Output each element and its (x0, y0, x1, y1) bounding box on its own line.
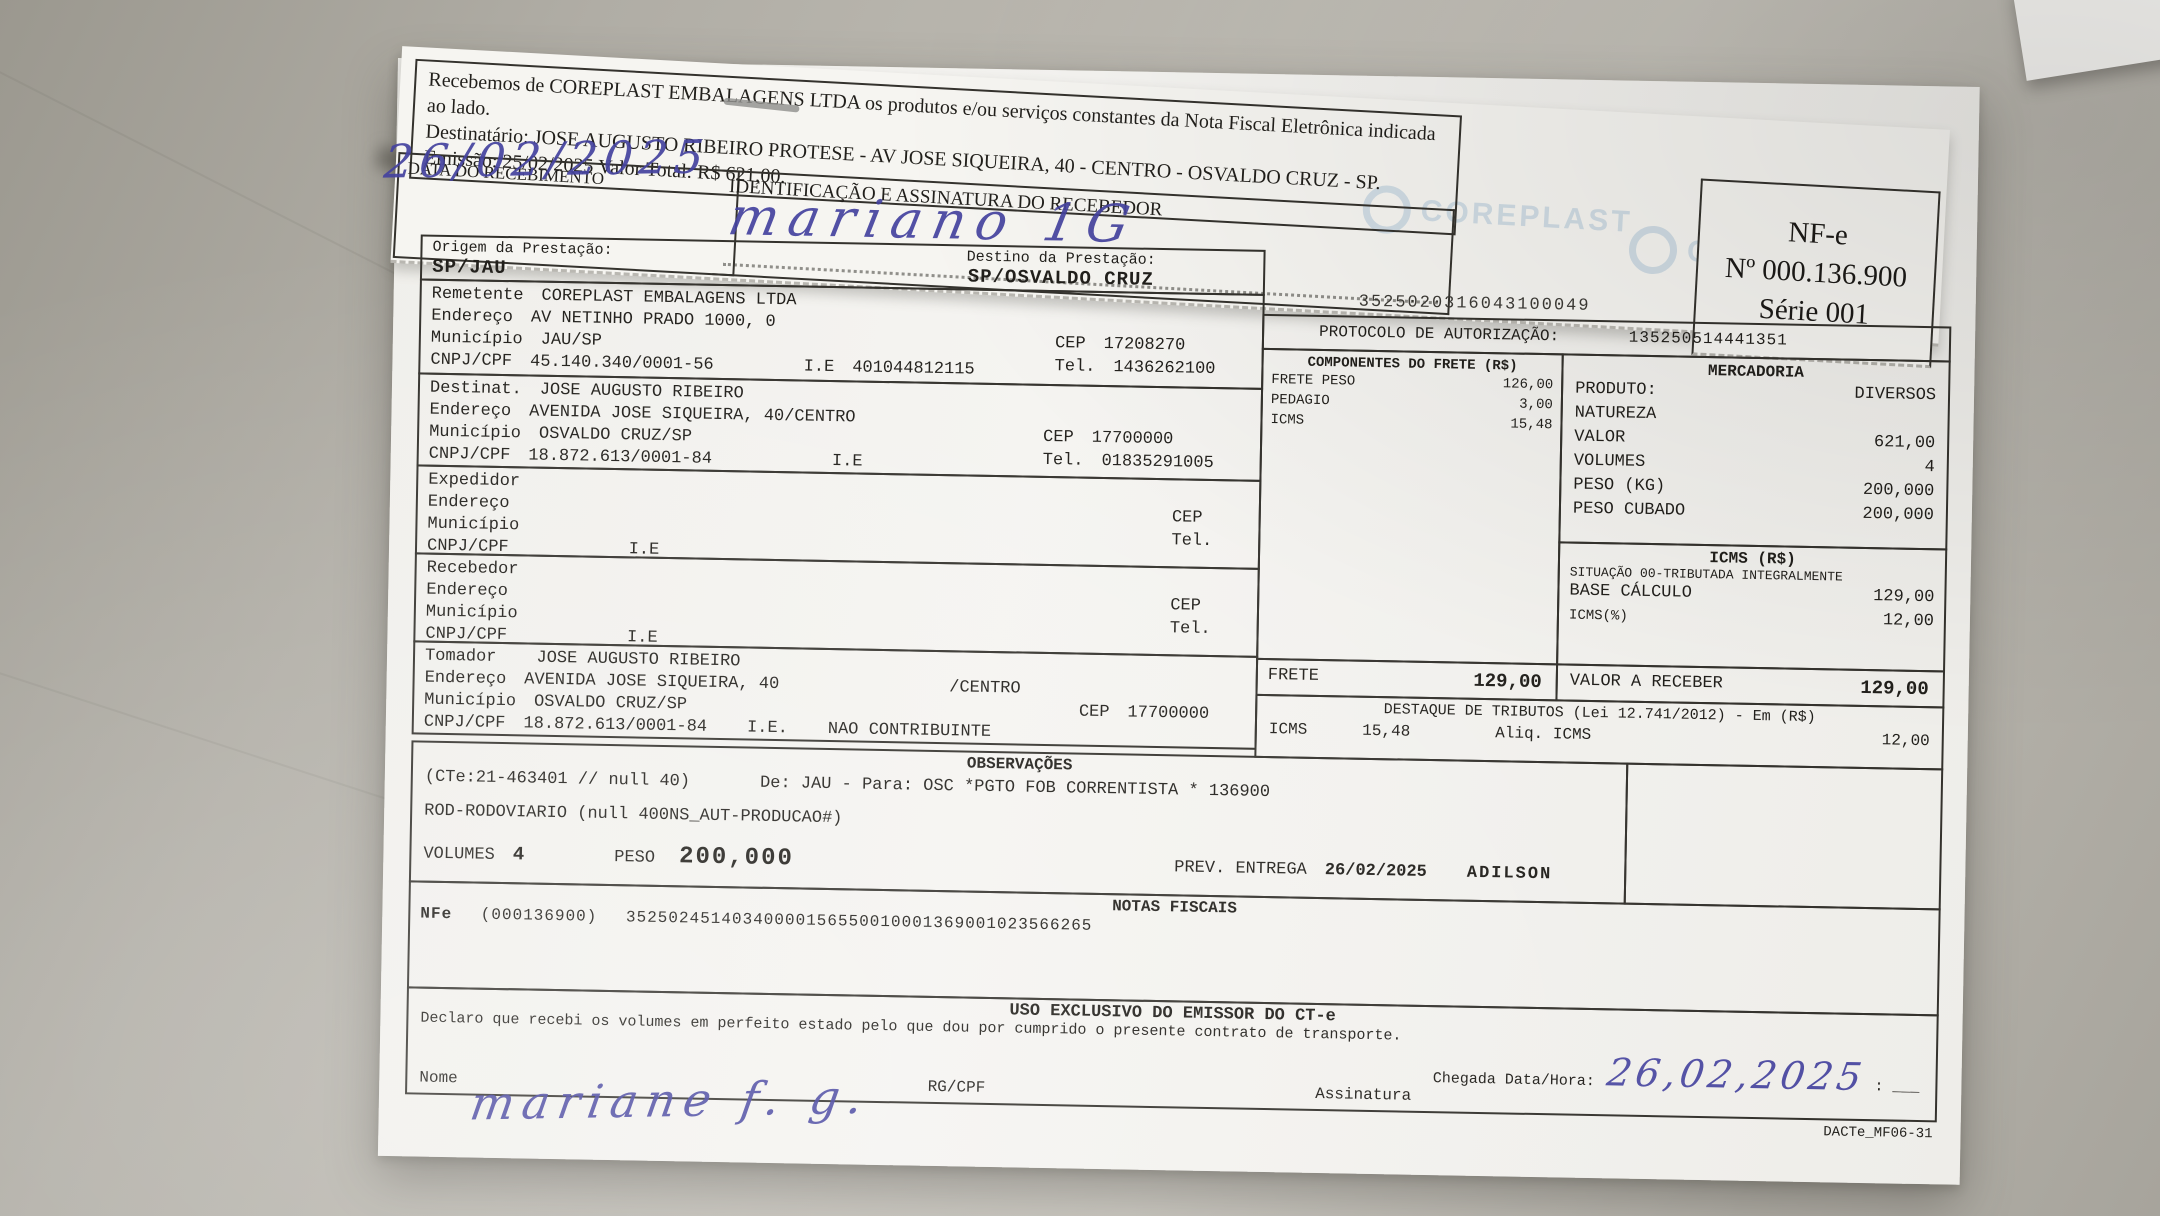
cnpj-label: CNPJ/CPF (430, 351, 512, 371)
frete-label: FRETE (1267, 666, 1319, 695)
nome-label: Nome (419, 1069, 458, 1088)
tomador-ie: NAO CONTRIBUINTE (828, 719, 992, 744)
tomador-endereco: AVENIDA JOSE SIQUEIRA, 40 (524, 670, 779, 694)
remetente-cep-tel: CEP17208270 Tel.1436262100 (1054, 332, 1216, 381)
destaque-aliq-label: Aliq. ICMS (1495, 720, 1591, 748)
tomador-bairro: /CENTRO (949, 677, 1021, 700)
mercadoria-box: MERCADORIA PRODUTO:DIVERSOS NATUREZA VAL… (1558, 353, 1950, 550)
frete-peso-valor: 126,00 (1503, 374, 1554, 395)
valor-valor: 621,00 (1874, 431, 1936, 456)
cnpj-label: CNPJ/CPF (424, 713, 506, 733)
icms-pct-label: ICMS(%) (1569, 604, 1628, 629)
remetente-endereco: AV NETINHO PRADO 1000, 0 (531, 308, 776, 331)
valor-receber-label: VALOR A RECEBER (1569, 672, 1723, 703)
endereco-label: Endereço (429, 401, 511, 421)
cep-label: CEP (1170, 594, 1211, 618)
valor-label: VALOR (1574, 426, 1625, 451)
peso-cubado-label: PESO CUBADO (1573, 498, 1686, 524)
componentes-frete-box: COMPONENTES DO FRETE (R$) FRETE PESO126,… (1256, 348, 1564, 665)
frete-valor: 129,00 (1473, 670, 1542, 699)
icms-comp-valor: 15,48 (1510, 414, 1552, 435)
tel-label: Tel. (1043, 451, 1084, 471)
observacoes-box: OBSERVAÇÕES (CTe:21-463401 // null 40) D… (409, 740, 1628, 904)
destinatario-label: Destinat. (430, 379, 522, 400)
tomador-box: TomadorJOSE AUGUSTO RIBEIRO EndereçoAVEN… (412, 640, 1259, 749)
empty-side-box (1624, 763, 1944, 911)
handwritten-receipt-date: 26/02/2025 (382, 129, 712, 188)
nfe-ref-label: NFe (420, 905, 452, 924)
frete-peso-label: FRETE PESO (1271, 370, 1355, 392)
tel-label: Tel. (1171, 529, 1212, 553)
destinatario-tel: 01835291005 (1101, 452, 1214, 473)
background-paper-corner (2012, 0, 2160, 81)
cep-label: CEP (1172, 506, 1213, 530)
dacte-paper-sheet: COREPLAST COREPLAST Recebemos de COREPLA… (378, 58, 1980, 1185)
cep-label: CEP (1079, 703, 1110, 723)
tomador-cnpj: 18.872.613/0001-84 (523, 714, 707, 736)
volumes-label: VOLUMES (1574, 450, 1646, 475)
volumes-valor: 4 (1924, 456, 1935, 480)
tomador-cep: CEP17700000 (1079, 701, 1210, 726)
cep-label: CEP (1055, 334, 1086, 354)
recebedor-cep-tel: CEP Tel. (1170, 594, 1212, 641)
endereco-label: Endereço (424, 669, 506, 689)
prev-entrega-label: PREV. ENTREGA (1174, 858, 1307, 879)
base-calculo-valor: 129,00 (1873, 585, 1935, 610)
nfe-title: NF-e (1787, 216, 1848, 252)
tomador-municipio: OSVALDO CRUZ/SP (534, 693, 687, 715)
municipio-label: Município (429, 423, 521, 444)
values-column: 3525020316043100049 PROTOCOLO DE AUTORIZ… (1254, 250, 1952, 771)
assinatura-label: Assinatura (1315, 1085, 1411, 1105)
icms-pct-valor: 12,00 (1883, 609, 1934, 634)
obs-peso-label: PESO (614, 848, 655, 868)
tomador-label: Tomador (425, 647, 497, 667)
tel-label: Tel. (1054, 357, 1095, 377)
handwritten-nome-signature: mariane f. g. (467, 1070, 875, 1131)
destinatario-nome: JOSE AUGUSTO RIBEIRO (540, 381, 744, 404)
obs-cte-ref: (CTe:21-463401 // null 40) (425, 765, 691, 796)
parties-column: Origem da Prestação: SP/JAU Destino da P… (412, 234, 1266, 749)
obs-peso-valor: 200,000 (679, 843, 794, 872)
remetente-label: Remetente (432, 285, 524, 306)
remetente-tel: 1436262100 (1113, 358, 1215, 379)
nfe-ref-numero: (000136900) (481, 906, 598, 926)
conferente-nome: ADILSON (1467, 864, 1553, 885)
cnpj-label: CNPJ/CPF (429, 445, 511, 465)
obs-volumes-label: VOLUMES (423, 845, 495, 865)
remetente-ie: 401044812115 (852, 358, 975, 379)
icms-comp-label: ICMS (1270, 410, 1304, 431)
peso-kg-valor: 200,000 (1863, 479, 1935, 504)
obs-volumes-valor: 4 (513, 843, 525, 865)
destinatario-cep: 17700000 (1092, 429, 1174, 449)
chegada-ruling: : ___ (1874, 1078, 1919, 1096)
municipio-label: Município (424, 691, 516, 712)
protocolo-value: 135250514441351 (1629, 329, 1788, 350)
pedagio-valor: 3,00 (1519, 395, 1553, 416)
produto-label: PRODUTO: (1575, 378, 1657, 403)
remetente-box: RemetenteCOREPLAST EMBALAGENS LTDA Ender… (418, 278, 1265, 389)
ie-label: I.E (832, 451, 863, 474)
endereco-label: Endereço (431, 307, 513, 327)
prev-entrega-valor: 26/02/2025 (1325, 861, 1427, 882)
photo-of-dacte-document: COREPLAST COREPLAST Recebemos de COREPLA… (0, 0, 2160, 1216)
natureza-label: NATUREZA (1574, 402, 1656, 427)
destaque-icms-label: ICMS (1269, 716, 1308, 743)
tel-label: Tel. (1170, 617, 1211, 641)
peso-kg-label: PESO (KG) (1573, 474, 1665, 500)
cep-label: CEP (1043, 428, 1074, 448)
produto-valor: DIVERSOS (1854, 383, 1936, 408)
ie-label: I.E. (747, 718, 788, 741)
valor-receber-valor: 129,00 (1860, 677, 1929, 706)
icms-box: ICMS (R$) SITUAÇÃO 00-TRIBUTADA INTEGRAL… (1556, 541, 1947, 672)
destinatario-cnpj: 18.872.613/0001-84 (528, 446, 712, 468)
remetente-municipio: JAU/SP (541, 331, 603, 351)
base-calculo-label: BASE CÁLCULO (1569, 580, 1692, 606)
remetente-cnpj: 45.140.340/0001-56 (530, 352, 714, 374)
destaque-aliq-valor: 12,00 (1881, 727, 1929, 754)
municipio-label: Município (431, 329, 523, 350)
peso-cubado-valor: 200,000 (1862, 503, 1934, 528)
destinatario-box: Destinat.JOSE AUGUSTO RIBEIRO EndereçoAV… (417, 372, 1264, 481)
destaque-icms-valor: 15,48 (1362, 718, 1410, 745)
expedidor-cep-tel: CEP Tel. (1171, 506, 1213, 553)
remetente-nome: COREPLAST EMBALAGENS LTDA (541, 287, 796, 311)
destinatario-cep-tel: CEP17700000 Tel.01835291005 (1042, 426, 1214, 475)
ie-label: I.E (803, 356, 834, 379)
rg-cpf-label: RG/CPF (927, 1078, 985, 1097)
destinatario-municipio: OSVALDO CRUZ/SP (539, 425, 692, 447)
pedagio-label: PEDAGIO (1271, 390, 1330, 411)
tomador-cep: 17700000 (1127, 703, 1209, 723)
dacte-main-form: Origem da Prestação: SP/JAU Destino da P… (405, 234, 1953, 1142)
protocolo-label: PROTOCOLO DE AUTORIZAÇÃO: (1319, 323, 1559, 345)
remetente-cep: 17208270 (1103, 335, 1185, 355)
